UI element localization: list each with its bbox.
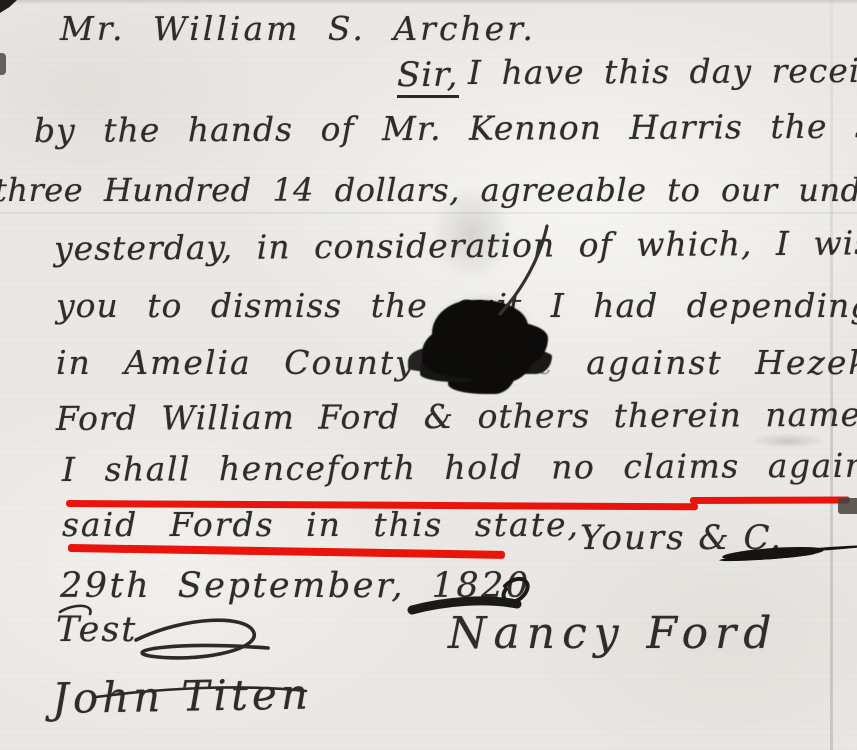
body-line-1: I have this day received <box>468 54 857 89</box>
body-line-9-underlined: said Fords in this state, <box>62 508 580 541</box>
scan-edge-mark <box>0 53 6 75</box>
scan-edge-dark-patch <box>838 498 857 514</box>
body-line-3: three Hundred 14 dollars, agreeable to o… <box>0 174 857 206</box>
body-line-6-pre: in Amelia County <box>56 343 416 382</box>
signature-witness: John Titen <box>52 673 313 720</box>
body-line-6-post: against Hezekiah <box>586 343 857 382</box>
red-underline-annotation-lower <box>68 544 505 558</box>
salutation: Sir, <box>397 58 459 98</box>
red-underline-annotation-upper-right <box>690 496 850 504</box>
body-line-7: Ford William Ford & others therein named… <box>56 397 857 435</box>
signature-nancy-ford: Nancy Ford <box>448 612 778 656</box>
date-line: 29th September, 1820 <box>60 569 531 604</box>
test-flourish-stroke <box>136 620 268 658</box>
attestation-word: Test <box>56 613 137 648</box>
body-line-4: yesterday, in consideration of which, I … <box>54 226 857 265</box>
scan-corner-mark <box>0 0 17 13</box>
scanned-letter-page: Mr. William S. Archer. Sir, I have this … <box>0 0 857 750</box>
ink-blot <box>432 300 528 364</box>
body-line-2: by the hands of Mr. Kennon Harris the su… <box>34 109 857 147</box>
addressee-line: Mr. William S. Archer. <box>60 12 536 45</box>
body-line-8-underlined: I shall henceforth hold no claims agains… <box>62 449 857 486</box>
